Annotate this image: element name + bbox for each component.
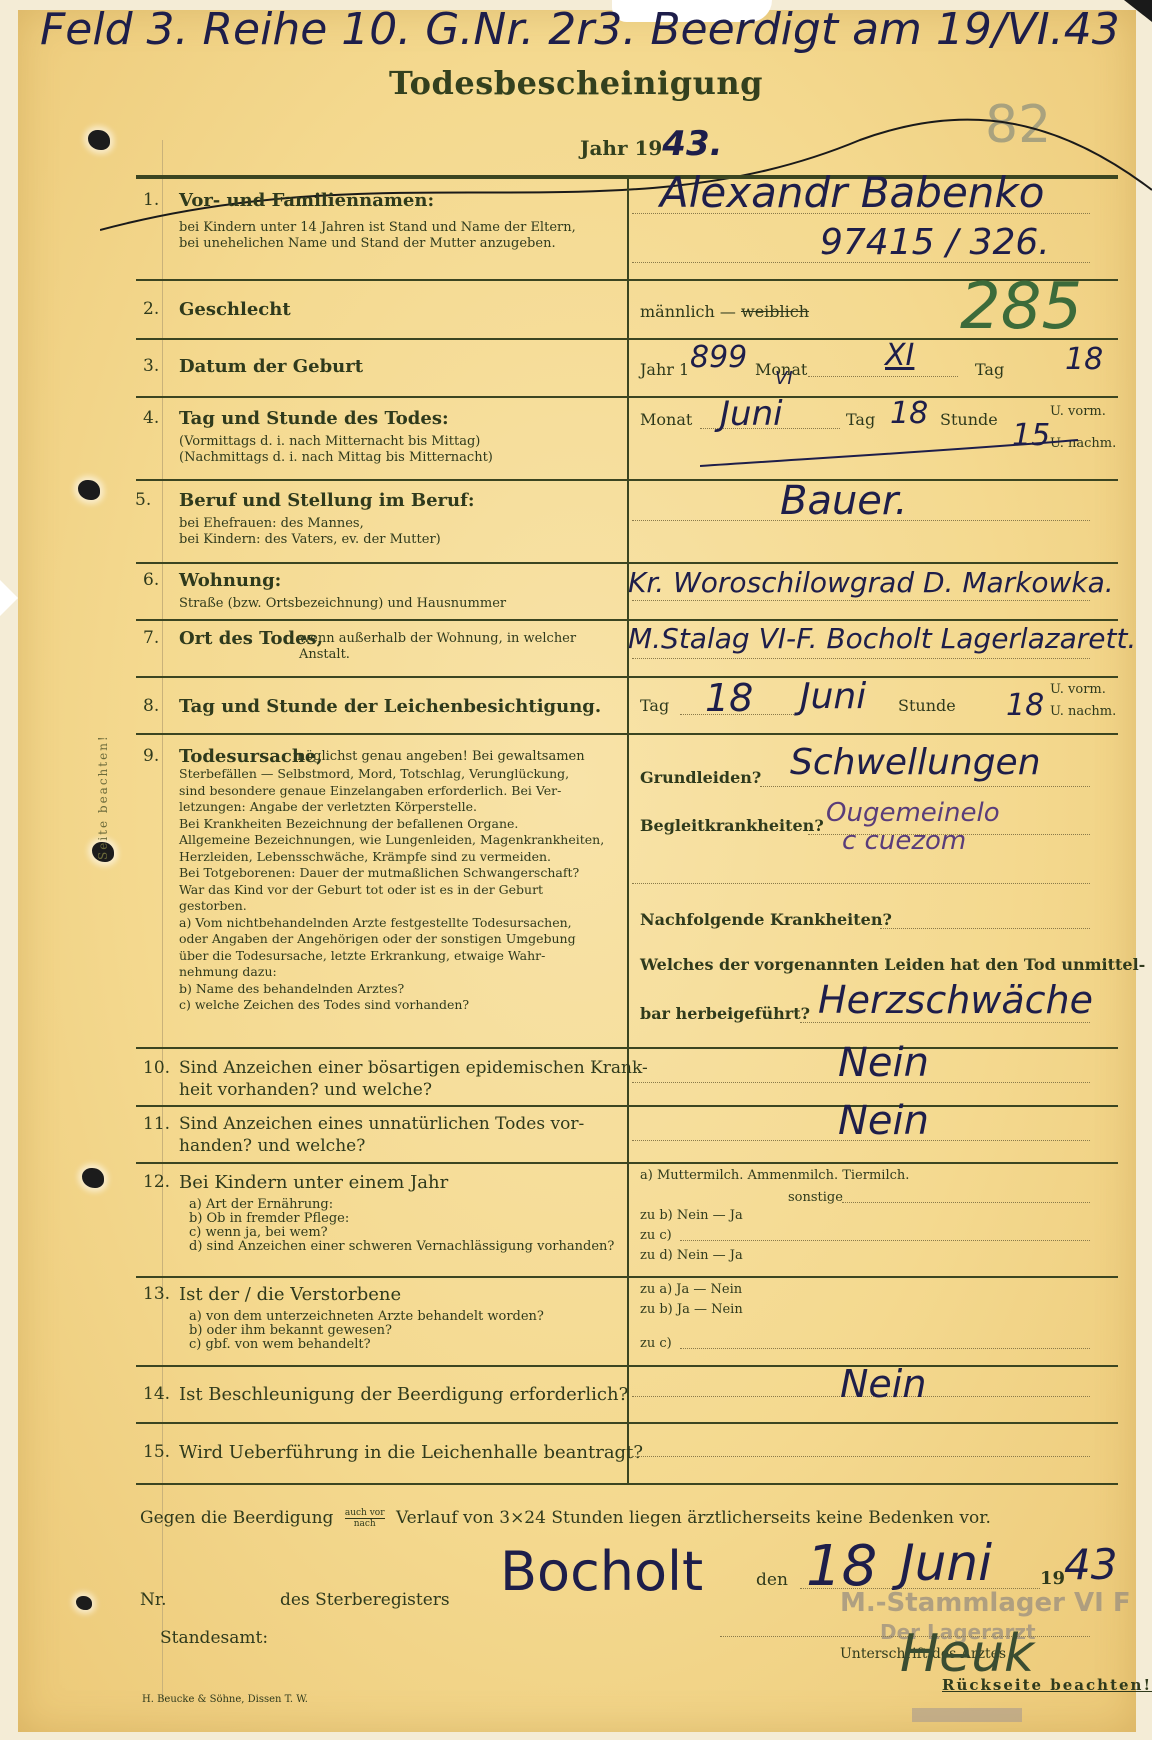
answer-line [632, 883, 1090, 884]
see-reverse-note: Rückseite beachten! [942, 1676, 1152, 1694]
question-heading: Bei Kindern unter einem Jahr [179, 1172, 448, 1193]
known-options: zu b) Ja — Nein [640, 1302, 743, 1317]
register-number-label: Nr. [140, 1590, 167, 1610]
option-female[interactable]: weiblich [741, 302, 809, 321]
question-hint: bei Ehefrauen: des Mannes, bei Kindern: … [179, 516, 619, 548]
fraction: auch vor nach [345, 1508, 385, 1529]
am-label: U. vorm. [1050, 682, 1106, 697]
question-hint: Sterbefällen — Selbstmord, Mord, Totschl… [179, 766, 619, 1014]
option-male[interactable]: männlich [640, 302, 715, 321]
question-number: 15. [143, 1442, 170, 1462]
epidemic-answer[interactable]: Nein [838, 1040, 929, 1086]
margin-line [162, 140, 163, 1700]
secondary-illness[interactable]: Ougemeinelo [826, 798, 1000, 828]
death-month-note: VI [775, 368, 793, 389]
year-prefix: 19 [1040, 1568, 1065, 1589]
foster-care-options: zu b) Nein — Ja [640, 1208, 743, 1223]
row-rule [136, 562, 1118, 564]
question-number: 12. [143, 1172, 170, 1192]
inspection-hour[interactable]: 18 [1006, 688, 1044, 723]
feeding-options: a) Muttermilch. Ammenmilch. Tiermilch. [640, 1168, 909, 1183]
birth-year[interactable]: 899 [690, 340, 747, 375]
question-number: 3. [143, 356, 159, 376]
answer-line [632, 1456, 1090, 1457]
place-of-death[interactable]: M.Stalag VI-F. Bocholt Lagerlazarett. [628, 622, 1136, 655]
place-signed[interactable]: Bocholt [500, 1540, 703, 1603]
answer-line [632, 600, 1090, 601]
punch-hole-icon [78, 480, 100, 500]
row-rule [136, 1365, 1118, 1367]
question-hint: wenn außerhalb der Wohnung, in welcher A… [299, 631, 609, 663]
question-number: 8. [143, 696, 159, 716]
birth-day[interactable]: 18 [1065, 342, 1103, 377]
den-label: den [756, 1570, 788, 1590]
sex-options: männlich — weiblich [640, 302, 809, 321]
unnatural-death-answer[interactable]: Nein [838, 1098, 929, 1144]
question-number: 11. [143, 1114, 170, 1134]
inspection-day[interactable]: 18 [705, 676, 753, 720]
question-heading-cont: heit vorhanden? und welche? [179, 1080, 432, 1100]
question-hint: bei Kindern unter 14 Jahren ist Stand un… [179, 220, 619, 252]
death-month[interactable]: Juni [720, 394, 783, 434]
fraction-top: auch vor [345, 1508, 385, 1519]
direct-cause[interactable]: Herzschwäche [818, 978, 1093, 1022]
row-rule [136, 1047, 1118, 1049]
registry-office-label: Standesamt: [160, 1628, 268, 1648]
answer-line [680, 1348, 1090, 1349]
question-heading: Beruf und Stellung im Beruf: [179, 490, 475, 511]
answer-line [680, 1240, 1090, 1241]
question-heading: Tag und Stunde des Todes: [179, 408, 449, 429]
row-rule [136, 479, 1118, 481]
question-heading: Wird Ueberführung in die Leichenhalle be… [179, 1442, 643, 1463]
inspection-hour-label: Stunde [898, 696, 956, 715]
question-heading: Tag und Stunde der Leichenbesichtigung. [179, 696, 601, 717]
question-heading: Ist der / die Verstorbene [179, 1284, 401, 1305]
subsequent-illness-label: Nachfolgende Krankheiten? [640, 910, 892, 929]
question-hint: möglichst genau angeben! Bei gewaltsamen [293, 749, 613, 765]
burial-statement: Gegen die Beerdigung auch vor nach Verla… [140, 1508, 991, 1529]
row-rule [136, 676, 1118, 678]
punch-hole-icon [76, 1596, 92, 1610]
statement-part-b: Verlauf von 3×24 Stunden liegen ärztlich… [396, 1508, 991, 1528]
statement-part-a: Gegen die Beerdigung [140, 1508, 333, 1528]
punch-hole-icon [82, 1168, 104, 1188]
question-heading-cont: handen? und welche? [179, 1136, 365, 1156]
torn-edge [0, 580, 18, 616]
answer-line [800, 1022, 1090, 1023]
birth-month[interactable]: XI [885, 338, 914, 373]
question-heading: Geschlecht [179, 299, 291, 320]
foster-care-with: zu c) [640, 1228, 672, 1243]
question-heading: Datum der Geburt [179, 356, 363, 377]
residence[interactable]: Kr. Woroschilowgrad D. Markowka. [628, 566, 1114, 599]
sign-month[interactable]: Juni [900, 1534, 992, 1592]
answer-line [760, 786, 1090, 787]
primary-illness[interactable]: Schwellungen [790, 742, 1041, 783]
row-rule [136, 733, 1118, 735]
deceased-name[interactable]: Alexandr Babenko [660, 168, 1044, 217]
secondary-illness-cont[interactable]: c cuezom [842, 826, 966, 856]
row-rule [136, 396, 1118, 398]
fraction-bottom: nach [345, 1519, 385, 1529]
birth-year-label: Jahr 1 [640, 360, 689, 379]
question-heading: Sind Anzeichen eines unnatürlichen Todes… [179, 1114, 584, 1134]
question-heading: Ist Beschleunigung der Beerdigung erford… [179, 1384, 628, 1405]
treated-by: zu c) [640, 1336, 672, 1351]
death-day[interactable]: 18 [890, 396, 928, 431]
question-hint: Straße (bzw. Ortsbezeichnung) und Hausnu… [179, 596, 619, 612]
question-number: 10. [143, 1058, 170, 1078]
question-heading: Sind Anzeichen einer bösartigen epidemis… [179, 1058, 648, 1078]
question-number: 4. [143, 408, 159, 428]
register-label: des Sterberegisters [280, 1590, 450, 1610]
printer-imprint: H. Beucke & Söhne, Dissen T. W. [142, 1694, 308, 1705]
direct-cause-label: Welches der vorgenannten Leiden hat den … [640, 955, 1145, 974]
inspection-month[interactable]: Juni [800, 676, 866, 717]
row-rule [136, 1483, 1118, 1485]
question-number: 9. [143, 746, 159, 766]
direct-cause-label-2: bar herbeigeführt? [640, 1004, 810, 1023]
answer-line [632, 658, 1090, 659]
question-heading: Wohnung: [179, 570, 281, 591]
death-month-label: Monat [640, 410, 692, 429]
neglect-options: zu d) Nein — Ja [640, 1248, 743, 1263]
question-hint: a) von dem unterzeichneten Arzte behande… [189, 1310, 629, 1352]
question-number: 13. [143, 1284, 170, 1304]
answer-line [880, 928, 1090, 929]
row-rule [136, 1162, 1118, 1164]
row-rule [136, 1422, 1118, 1424]
inspection-day-label: Tag [640, 696, 669, 715]
question-heading: Vor- und Familiennamen: [179, 190, 434, 211]
birth-day-label: Tag [975, 360, 1004, 379]
prisoner-number[interactable]: 97415 / 326. [820, 222, 1050, 263]
secondary-illness-label: Begleitkrankheiten? [640, 816, 824, 835]
death-day-label: Tag [846, 410, 875, 429]
row-rule [136, 1105, 1118, 1107]
question-number: 5. [135, 490, 151, 510]
ink-underline [700, 432, 1080, 472]
occupation[interactable]: Bauer. [780, 478, 907, 524]
am-label: U. vorm. [1050, 404, 1106, 419]
row-rule [136, 619, 1118, 621]
margin-note: Seite beachten! [96, 734, 110, 860]
burial-note: Feld 3. Reihe 10. G.Nr. 2r3. Beerdigt am… [40, 4, 1120, 55]
treated-options: zu a) Ja — Nein [640, 1282, 742, 1297]
pm-label: U. nachm. [1050, 704, 1116, 719]
question-hint: (Vormittags d. i. nach Mitternacht bis M… [179, 434, 619, 466]
row-rule [136, 1276, 1118, 1278]
stamp-smudge [912, 1708, 1022, 1722]
column-divider [627, 177, 629, 1485]
question-number: 1. [143, 190, 159, 210]
doctor-signature: Heuk [900, 1624, 1034, 1684]
question-number: 6. [143, 570, 159, 590]
sign-year[interactable]: 43 [1064, 1540, 1117, 1589]
question-number: 14. [143, 1384, 170, 1404]
question-number: 2. [143, 299, 159, 319]
camp-stamp: M.-Stammlager VI F [840, 1588, 1131, 1618]
question-number: 7. [143, 628, 159, 648]
primary-illness-label: Grundleiden? [640, 768, 761, 787]
death-hour-label: Stunde [940, 410, 998, 429]
question-hint: a) Art der Ernährung: b) Ob in fremder P… [189, 1198, 629, 1254]
answer-line [808, 376, 958, 377]
other-label: sonstige [788, 1190, 843, 1205]
expedite-burial-answer[interactable]: Nein [840, 1362, 926, 1406]
answer-line [842, 1202, 1090, 1203]
green-mark: 285 [960, 270, 1082, 344]
